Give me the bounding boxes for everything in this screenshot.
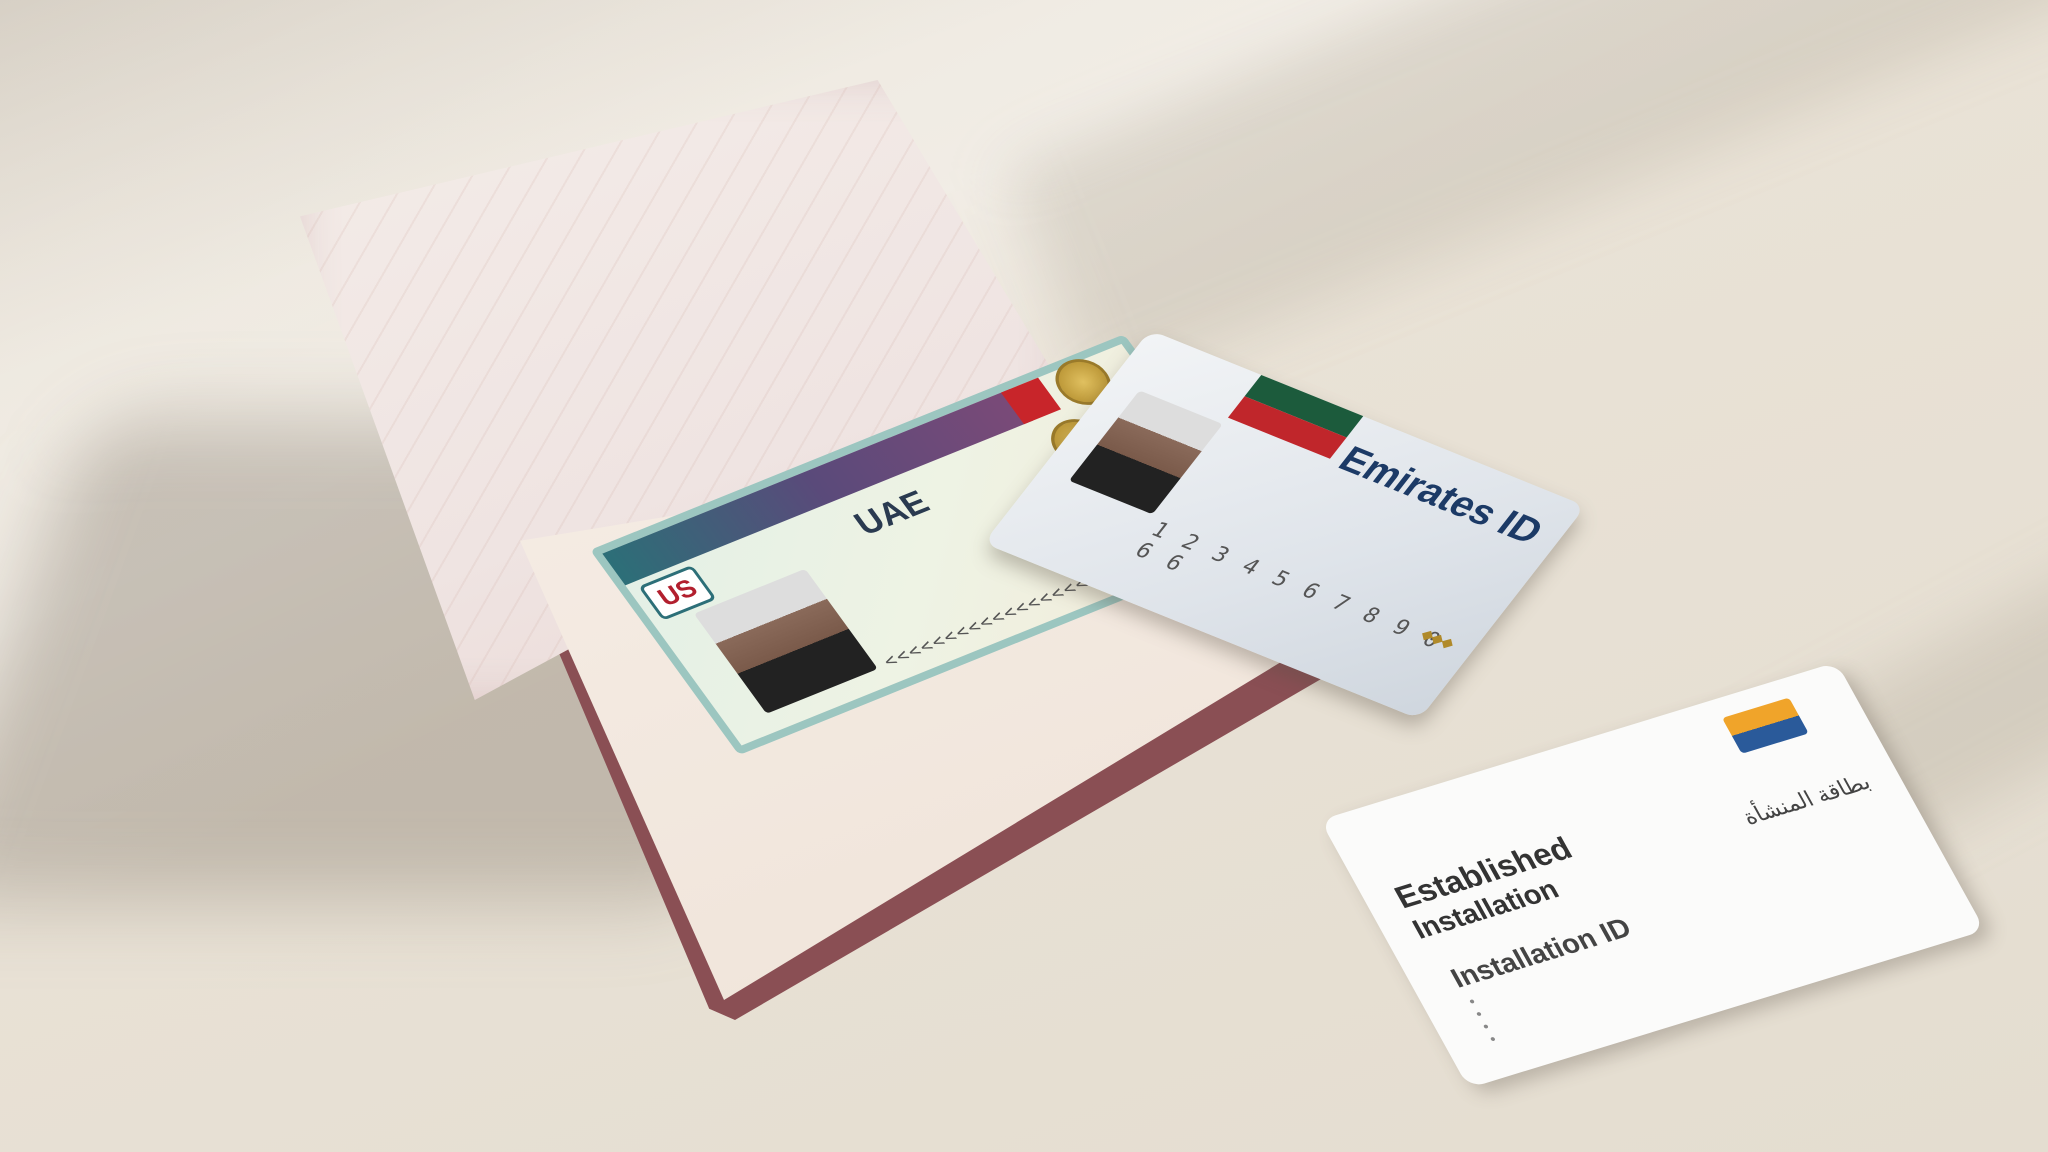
detail-item — [1500, 1027, 1510, 1040]
logo-icon — [1722, 698, 1809, 754]
card-title: Emirates ID — [1330, 440, 1551, 554]
card-details — [1462, 990, 1510, 1046]
detail-item — [1480, 990, 1490, 1003]
detail-item — [1493, 1015, 1503, 1028]
detail-item — [1486, 1002, 1496, 1015]
arabic-text: بطاقة المنشأة — [1739, 769, 1876, 830]
visa-title: UAE — [847, 484, 937, 543]
holder-photo — [694, 569, 878, 714]
holder-photo — [1069, 390, 1223, 514]
